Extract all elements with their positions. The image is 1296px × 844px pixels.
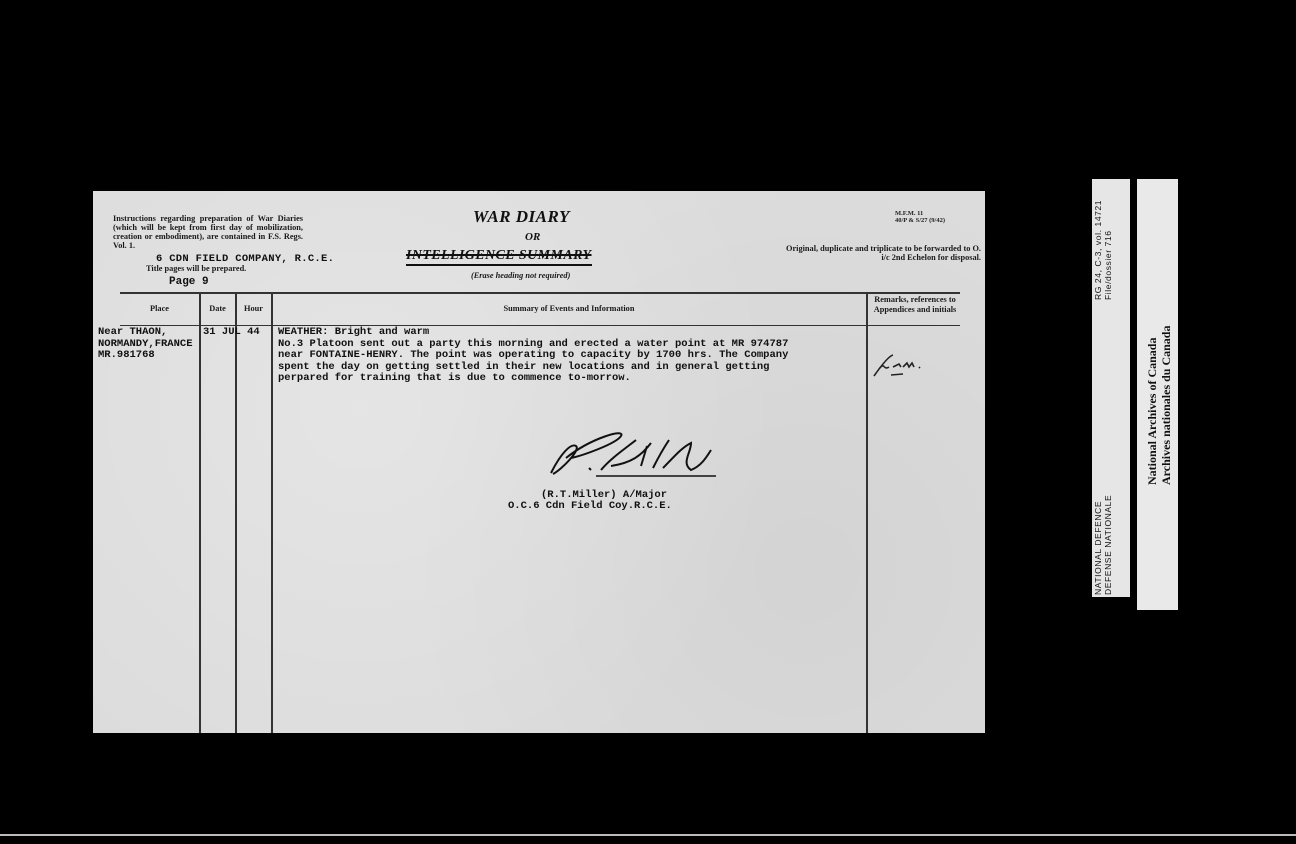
header-place: Place xyxy=(120,304,199,314)
column-divider xyxy=(235,292,237,733)
entry-summary: WEATHER: Bright and warm No.3 Platoon se… xyxy=(278,327,788,385)
remarks-initials xyxy=(871,351,931,386)
department-fr: DEFENSE NATIONALE xyxy=(1104,495,1114,595)
signature-title: O.C.6 Cdn Field Coy.R.C.E. xyxy=(508,501,672,513)
erase-note: (Erase heading not required) xyxy=(471,271,570,280)
distribution-note: Original, duplicate and triplicate to be… xyxy=(781,244,981,262)
war-diary-page: Instructions regarding preparation of Wa… xyxy=(93,191,985,733)
column-divider xyxy=(271,292,273,733)
struck-heading: INTELLIGENCE SUMMARY xyxy=(406,248,592,266)
form-code-1: M.F.M. 11 xyxy=(895,210,945,217)
archives-name: National Archives of Canada Archives nat… xyxy=(1145,326,1173,485)
header-hour: Hour xyxy=(236,304,271,314)
page-number: Page 9 xyxy=(169,276,209,288)
archives-fr: Archives nationales du Canada xyxy=(1159,326,1173,485)
entry-date: 31 JUL 44 xyxy=(203,327,260,339)
column-divider xyxy=(866,292,868,733)
header-date: Date xyxy=(200,304,235,314)
archives-label-strip: National Archives of Canada Archives nat… xyxy=(1137,179,1178,610)
form-code: M.F.M. 11 40/P & S/27 (9/42) xyxy=(895,210,945,224)
signature-scrawl-icon xyxy=(541,428,721,483)
title-pages-note: Title pages will be prepared. xyxy=(146,264,246,273)
entry-place: Near THAON, NORMANDY,FRANCE MR.981768 xyxy=(98,327,193,362)
file-number: File/dossier 716 xyxy=(1104,200,1114,300)
table-top-rule xyxy=(120,292,960,294)
initials-scrawl-icon xyxy=(871,351,931,381)
header-remarks: Remarks, references to Appendices and in… xyxy=(867,295,963,314)
archive-label-strip: NATIONAL DEFENCE DEFENSE NATIONALE RG 24… xyxy=(1092,179,1130,597)
record-reference: RG 24, C-3, vol. 14721 File/dossier 716 xyxy=(1094,200,1113,300)
form-or: OR xyxy=(525,231,540,243)
film-edge-line xyxy=(0,834,1296,836)
form-title: WAR DIARY xyxy=(473,207,570,227)
signature xyxy=(541,428,721,488)
column-divider xyxy=(199,292,201,733)
form-code-2: 40/P & S/27 (9/42) xyxy=(895,217,945,224)
instructions-text: Instructions regarding preparation of Wa… xyxy=(113,214,303,250)
department-name: NATIONAL DEFENCE DEFENSE NATIONALE xyxy=(1094,495,1113,595)
archives-en: National Archives of Canada xyxy=(1145,326,1159,485)
header-summary: Summary of Events and Information xyxy=(272,304,866,314)
